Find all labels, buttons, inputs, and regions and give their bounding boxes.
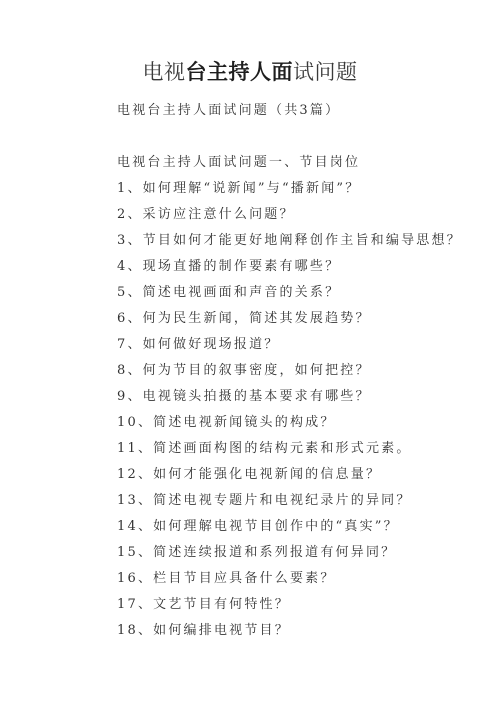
question-item: 15、简述连续报道和系列报道有何异同？ <box>117 543 462 569</box>
question-item: 18、如何编排电视节目？ <box>117 621 462 647</box>
title-part-2: 台主持人面 <box>186 60 294 84</box>
question-item: 13、简述电视专题片和电视纪录片的异同？ <box>117 491 462 517</box>
document-subtitle: 电视台主持人面试问题（共3篇） <box>117 101 340 121</box>
question-item: 12、如何才能强化电视新闻的信息量？ <box>117 465 462 491</box>
document-title: 电视台主持人面试问题 <box>0 58 500 86</box>
question-list: 1、如何理解“说新闻”与“播新闻”？ 2、采访应注意什么问题？ 3、节目如何才能… <box>117 179 462 647</box>
question-item: 10、简述电视新闻镜头的构成？ <box>117 413 462 439</box>
question-item: 3、节目如何才能更好地阐释创作主旨和编导思想？ <box>117 231 462 257</box>
question-item: 1、如何理解“说新闻”与“播新闻”？ <box>117 179 462 205</box>
question-item: 8、何为节目的叙事密度，如何把控？ <box>117 361 462 387</box>
title-part-3: 试问题 <box>293 60 358 84</box>
question-item: 17、文艺节目有何特性？ <box>117 595 462 621</box>
question-item: 6、何为民生新闻，简述其发展趋势？ <box>117 309 462 335</box>
document-page: 电视台主持人面试问题 电视台主持人面试问题（共3篇） 电视台主持人面试问题一、节… <box>0 0 500 708</box>
section-heading: 电视台主持人面试问题一、节目岗位 <box>117 153 360 173</box>
question-item: 9、电视镜头拍摄的基本要求有哪些？ <box>117 387 462 413</box>
question-item: 16、栏目节目应具备什么要素？ <box>117 569 462 595</box>
question-item: 4、现场直播的制作要素有哪些？ <box>117 257 462 283</box>
title-part-1: 电视 <box>143 60 186 84</box>
question-item: 5、简述电视画面和声音的关系？ <box>117 283 462 309</box>
question-item: 2、采访应注意什么问题？ <box>117 205 462 231</box>
question-item: 14、如何理解电视节目创作中的“真实”？ <box>117 517 462 543</box>
question-item: 11、简述画面构图的结构元素和形式元素。 <box>117 439 462 465</box>
question-item: 7、如何做好现场报道？ <box>117 335 462 361</box>
